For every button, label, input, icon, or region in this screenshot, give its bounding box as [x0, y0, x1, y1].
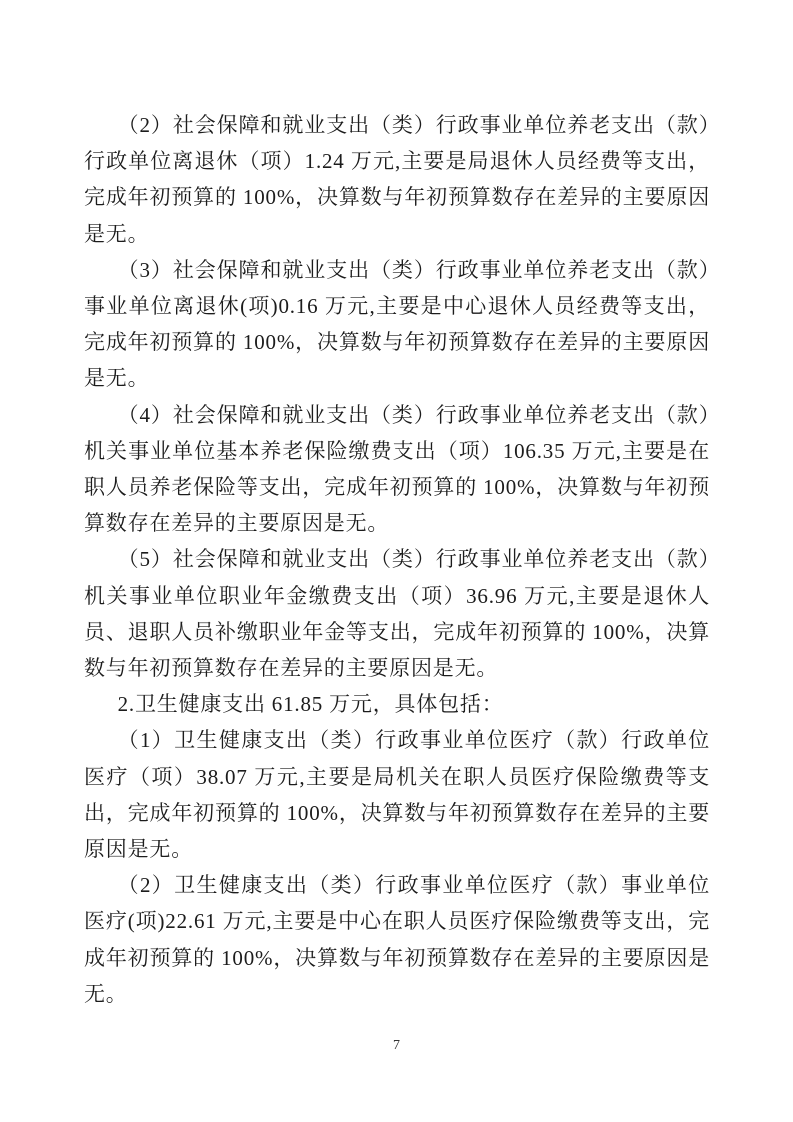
paragraph-health-institution-medical: （2）卫生健康支出（类）行政事业单位医疗（款）事业单位医疗(项)22.61 万元… [84, 867, 710, 1012]
paragraph-social-security-basic-pension: （4）社会保障和就业支出（类）行政事业单位养老支出（款）机关事业单位基本养老保险… [84, 397, 710, 542]
document-body: （2）社会保障和就业支出（类）行政事业单位养老支出（款）行政单位离退休（项）1.… [84, 107, 710, 1012]
paragraph-social-security-admin-retiree: （2）社会保障和就业支出（类）行政事业单位养老支出（款）行政单位离退休（项）1.… [84, 107, 710, 252]
document-page: （2）社会保障和就业支出（类）行政事业单位养老支出（款）行政单位离退休（项）1.… [0, 0, 793, 1122]
paragraph-health-expenditure-heading: 2.卫生健康支出 61.85 万元，具体包括： [84, 686, 710, 722]
paragraph-social-security-occupational-annuity: （5）社会保障和就业支出（类）行政事业单位养老支出（款）机关事业单位职业年金缴费… [84, 541, 710, 686]
page-footer: 7 [0, 1036, 793, 1054]
page-number: 7 [393, 1038, 400, 1053]
paragraph-social-security-institution-retiree: （3）社会保障和就业支出（类）行政事业单位养老支出（款）事业单位离退休(项)0.… [84, 252, 710, 397]
paragraph-health-admin-medical: （1）卫生健康支出（类）行政事业单位医疗（款）行政单位医疗（项）38.07 万元… [84, 722, 710, 867]
